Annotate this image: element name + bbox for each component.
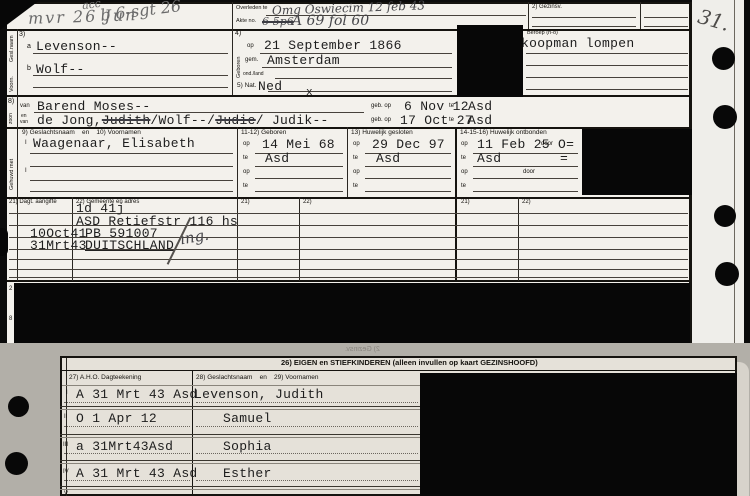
father-name: Barend Moses-- xyxy=(37,99,150,114)
child-row-numeral: I xyxy=(66,390,68,396)
column-divider xyxy=(455,127,457,197)
scanned-registration-card: mvr 26 Jun acc b 6-sgt 26 Overleden te O… xyxy=(0,0,750,496)
dotted-line xyxy=(196,402,418,403)
door-label: door xyxy=(523,169,535,175)
x-mark: x xyxy=(306,87,313,99)
nat-label: 5) Nat. xyxy=(237,82,257,89)
field-line xyxy=(473,166,578,167)
father-birth-date: 6 Nov 12 xyxy=(404,99,469,114)
section-number: 8) xyxy=(8,98,14,105)
child-name: Samuel xyxy=(223,411,272,426)
spouse-birth-date: 14 Mei 68 xyxy=(262,137,335,152)
child-row-numeral: V xyxy=(64,491,68,496)
field-line xyxy=(255,166,343,167)
divorce-place: Asd xyxy=(477,151,501,166)
birth-place: Amsterdam xyxy=(267,53,340,68)
header-divider xyxy=(60,370,737,371)
mother-suffix: / Judik-- xyxy=(256,113,329,128)
marriage-place: Asd xyxy=(376,151,400,166)
divorce-date: 11 Feb 25 xyxy=(477,137,550,152)
field-line xyxy=(255,178,343,179)
field-line xyxy=(644,26,688,27)
te-label: te xyxy=(243,183,248,189)
surname-side-label: Gesl.naam xyxy=(9,35,15,62)
akte-label: Akte no. xyxy=(236,18,256,24)
redaction-block xyxy=(582,129,695,195)
children-col1-header: 27) A.H.O. Dagteekening xyxy=(69,374,141,381)
mother-prefix: de Jong, xyxy=(37,113,102,128)
field-line xyxy=(33,87,228,88)
te-label: te xyxy=(243,155,248,161)
child-name: Esther xyxy=(223,466,272,481)
children-section-header: 26) EIGEN en STIEFKINDEREN (alleen invul… xyxy=(281,358,538,367)
mother-name: de Jong,Judith/Wolf--/Judie/ Judik-- xyxy=(37,113,329,128)
door-label: door xyxy=(541,141,553,147)
row-letter: a xyxy=(27,43,31,50)
op-label: op xyxy=(247,43,254,49)
spouse-name: Waagenaar, Elisabeth xyxy=(33,136,195,151)
te-label: te xyxy=(461,155,466,161)
op-label: op xyxy=(243,169,250,175)
te-label: te xyxy=(449,117,454,123)
field-line xyxy=(365,178,451,179)
child-dagteekening: O 1 Apr 12 xyxy=(76,411,157,426)
mother-mid: /Wolf--/ xyxy=(150,113,215,128)
punch-hole xyxy=(715,262,739,286)
dotted-line xyxy=(64,402,190,403)
punch-hole xyxy=(712,47,735,70)
geb-op-label: geb. op xyxy=(371,117,391,123)
mother-struck: Judith xyxy=(102,113,151,128)
field-line xyxy=(473,191,578,192)
field-line xyxy=(473,178,578,179)
father-birth-place: Asd xyxy=(468,99,492,114)
mother-birth-place: Asd xyxy=(468,113,492,128)
row-letter: b xyxy=(27,65,31,72)
op-label: op xyxy=(353,141,360,147)
section-divider xyxy=(7,95,692,97)
punch-hole xyxy=(5,452,28,475)
op-label: op xyxy=(461,141,468,147)
gehuwd-side-label: Gehuwd met xyxy=(9,159,15,190)
inner-border-line xyxy=(66,358,67,496)
field-line xyxy=(30,166,233,167)
section-number: 4) xyxy=(235,30,241,37)
section-divider xyxy=(7,29,692,31)
field-line xyxy=(255,191,343,192)
side-label-divider xyxy=(17,29,18,281)
field-line xyxy=(9,269,688,270)
child-row-numeral: II xyxy=(64,414,67,420)
ontbonden-header: 14-15-16) Huwelijk ontbonden xyxy=(460,129,547,136)
children-col2-header: 28) Geslachtsnaam en 29) Voornamen xyxy=(196,374,318,381)
dagt-aangifte-header: 21) Dagt. aangifte xyxy=(9,199,57,205)
column-divider xyxy=(640,2,641,29)
overleden-label: Overleden te xyxy=(236,5,268,11)
op-label: op xyxy=(243,141,250,147)
field-line xyxy=(532,26,636,27)
te-label: te xyxy=(353,183,358,189)
child-row-numeral: IV xyxy=(63,469,69,475)
surname-value: Levenson-- xyxy=(36,39,117,54)
nationality-value: Ned xyxy=(258,79,282,94)
van-label: van xyxy=(20,103,30,109)
partial-section-number: 8 xyxy=(9,316,12,322)
field-line xyxy=(30,153,233,154)
address-row-value: DUITSCHLAND xyxy=(85,238,174,253)
redaction-block xyxy=(420,373,737,496)
child-name: Levenson, Judith xyxy=(194,387,324,402)
field-line xyxy=(365,191,451,192)
column-divider xyxy=(232,29,233,95)
field-line xyxy=(30,191,233,192)
gesloten-header: 13) Huwelijk gesloten xyxy=(351,129,413,136)
beroep-value: koopman lompen xyxy=(521,36,634,51)
scan-edge-mark xyxy=(0,228,8,256)
roman-numeral: I xyxy=(25,168,27,174)
child-dagteekening: A 31 Mrt 43 Asd xyxy=(76,466,198,481)
geb-op-label: geb. op xyxy=(371,103,391,109)
punch-hole xyxy=(713,105,737,129)
akte-struck-value: 6-5p6 xyxy=(262,15,294,28)
field-line xyxy=(9,259,688,260)
ghost-mirrored-text: 2) Gezinsv. xyxy=(345,346,380,353)
redaction-block xyxy=(457,25,523,97)
col-21-header: 21) xyxy=(461,199,470,205)
firstname-value: Wolf-- xyxy=(36,62,85,77)
mother-struck: Judie xyxy=(215,113,256,128)
firstname-side-label: Voorn. xyxy=(9,76,15,92)
birth-date: 21 September 1866 xyxy=(264,38,402,53)
spouse-birth-place: Asd xyxy=(265,151,289,166)
op-label: op xyxy=(461,169,468,175)
partial-section-number: 2 xyxy=(9,286,12,292)
child-row-numeral: III xyxy=(63,442,68,448)
punch-hole xyxy=(714,205,736,227)
col-22-header: 22) xyxy=(303,199,312,205)
geboren-header: 11-12) Geboren xyxy=(241,129,286,136)
column-divider xyxy=(237,127,238,197)
te-label: te xyxy=(353,155,358,161)
spouse-name-header: 9) Geslachtsnaam en 10) Voornamen xyxy=(22,129,141,136)
dotted-line xyxy=(196,426,418,427)
gem-label: gem. xyxy=(245,57,258,63)
field-line xyxy=(526,53,688,54)
mother-birth-date: 17 Oct 27 xyxy=(400,113,473,128)
field-line xyxy=(526,89,688,90)
van-label: van xyxy=(20,119,28,125)
column-divider xyxy=(347,127,348,197)
field-line xyxy=(268,91,452,92)
roman-numeral: I xyxy=(25,140,27,146)
punch-hole xyxy=(8,396,29,417)
date-row-value: 31Mrt43 xyxy=(30,238,87,253)
section-divider xyxy=(7,280,692,282)
te-label: te xyxy=(461,183,466,189)
field-line xyxy=(9,277,688,278)
card-right-sliver xyxy=(737,362,749,496)
child-name: Sophia xyxy=(223,439,272,454)
child-dagteekening: A 31 Mrt 43 Asd xyxy=(76,387,198,402)
field-line xyxy=(644,17,688,18)
child-dagteekening: a 31Mrt43Asd xyxy=(76,439,173,454)
field-line xyxy=(365,166,451,167)
divorce-eq-mark: = xyxy=(560,151,568,166)
col-22-header: 22) xyxy=(522,199,531,205)
divorce-door-value: O= xyxy=(558,137,574,152)
zoon-side-label: zoon xyxy=(8,113,14,124)
te-label: te xyxy=(449,103,454,109)
gezinsv-label: 2) Gezinsv. xyxy=(532,4,562,10)
born-side-label: Geboren xyxy=(236,57,242,78)
redaction-bar xyxy=(14,283,690,343)
column-divider xyxy=(528,2,529,29)
field-line xyxy=(275,78,452,79)
section-number: 3) xyxy=(19,31,25,38)
op-label: op xyxy=(353,169,360,175)
land-label: ond./land xyxy=(243,71,264,77)
akte-value: A 69 fol 60 xyxy=(292,13,369,29)
field-line xyxy=(526,65,688,66)
dotted-line xyxy=(64,426,190,427)
card-edge-line xyxy=(734,0,735,343)
column-divider xyxy=(232,2,233,29)
field-line xyxy=(526,77,688,78)
marriage-date: 29 Dec 97 xyxy=(372,137,445,152)
col-21-header: 21) xyxy=(241,199,250,205)
field-line xyxy=(532,17,636,18)
field-line xyxy=(30,180,233,181)
